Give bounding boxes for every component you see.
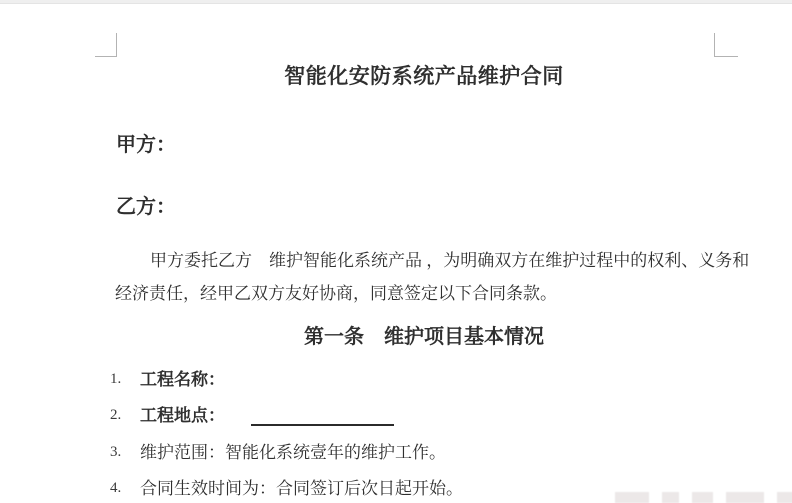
list-item-number: 3. bbox=[110, 442, 140, 463]
list-item-project-location: 2. 工程地点： bbox=[110, 405, 394, 426]
list-item-text: 工程地点： bbox=[140, 405, 225, 426]
list-item-effective-date: 4. 合同生效时间为：合同签订后次日起开始。 bbox=[110, 478, 463, 499]
party-b-label: 乙方： bbox=[116, 190, 176, 219]
list-item-text: 工程名称： bbox=[140, 369, 225, 390]
watermark-fragment bbox=[726, 492, 764, 503]
watermark-fragment bbox=[615, 492, 649, 503]
faint-watermark bbox=[615, 492, 792, 503]
fill-in-blank-underline bbox=[251, 408, 394, 426]
list-item-text: 合同生效时间为：合同签订后次日起开始。 bbox=[140, 478, 463, 499]
party-a-label: 甲方： bbox=[116, 128, 176, 157]
watermark-fragment bbox=[692, 492, 713, 503]
list-item-maintenance-scope: 3. 维护范围：智能化系统壹年的维护工作。 bbox=[110, 442, 446, 463]
list-item-number: 4. bbox=[110, 478, 140, 499]
list-item-number: 1. bbox=[110, 369, 140, 390]
document-text-area: 智能化安防系统产品维护合同 甲方： 乙方： 甲方委托乙方 维护智能化系统产品 ，… bbox=[112, 0, 736, 503]
document-title: 智能化安防系统产品维护合同 bbox=[112, 60, 736, 90]
list-item-project-name: 1. 工程名称： bbox=[110, 369, 225, 390]
intro-paragraph-line-1: 甲方委托乙方 维护智能化系统产品 ，为明确双方在维护过程中的权利、义务和 bbox=[150, 250, 749, 272]
document-page: { "document": { "title": "智能化安防系统产品维护合同"… bbox=[0, 0, 792, 503]
watermark-fragment bbox=[662, 492, 679, 503]
list-item-text: 维护范围：智能化系统壹年的维护工作。 bbox=[140, 442, 446, 463]
watermark-fragment bbox=[777, 492, 792, 503]
list-item-number: 2. bbox=[110, 405, 140, 426]
intro-paragraph-line-2: 经济责任，经甲乙双方友好协商，同意签定以下合同条款。 bbox=[115, 283, 557, 305]
section-heading: 第一条 维护项目基本情况 bbox=[112, 320, 736, 349]
